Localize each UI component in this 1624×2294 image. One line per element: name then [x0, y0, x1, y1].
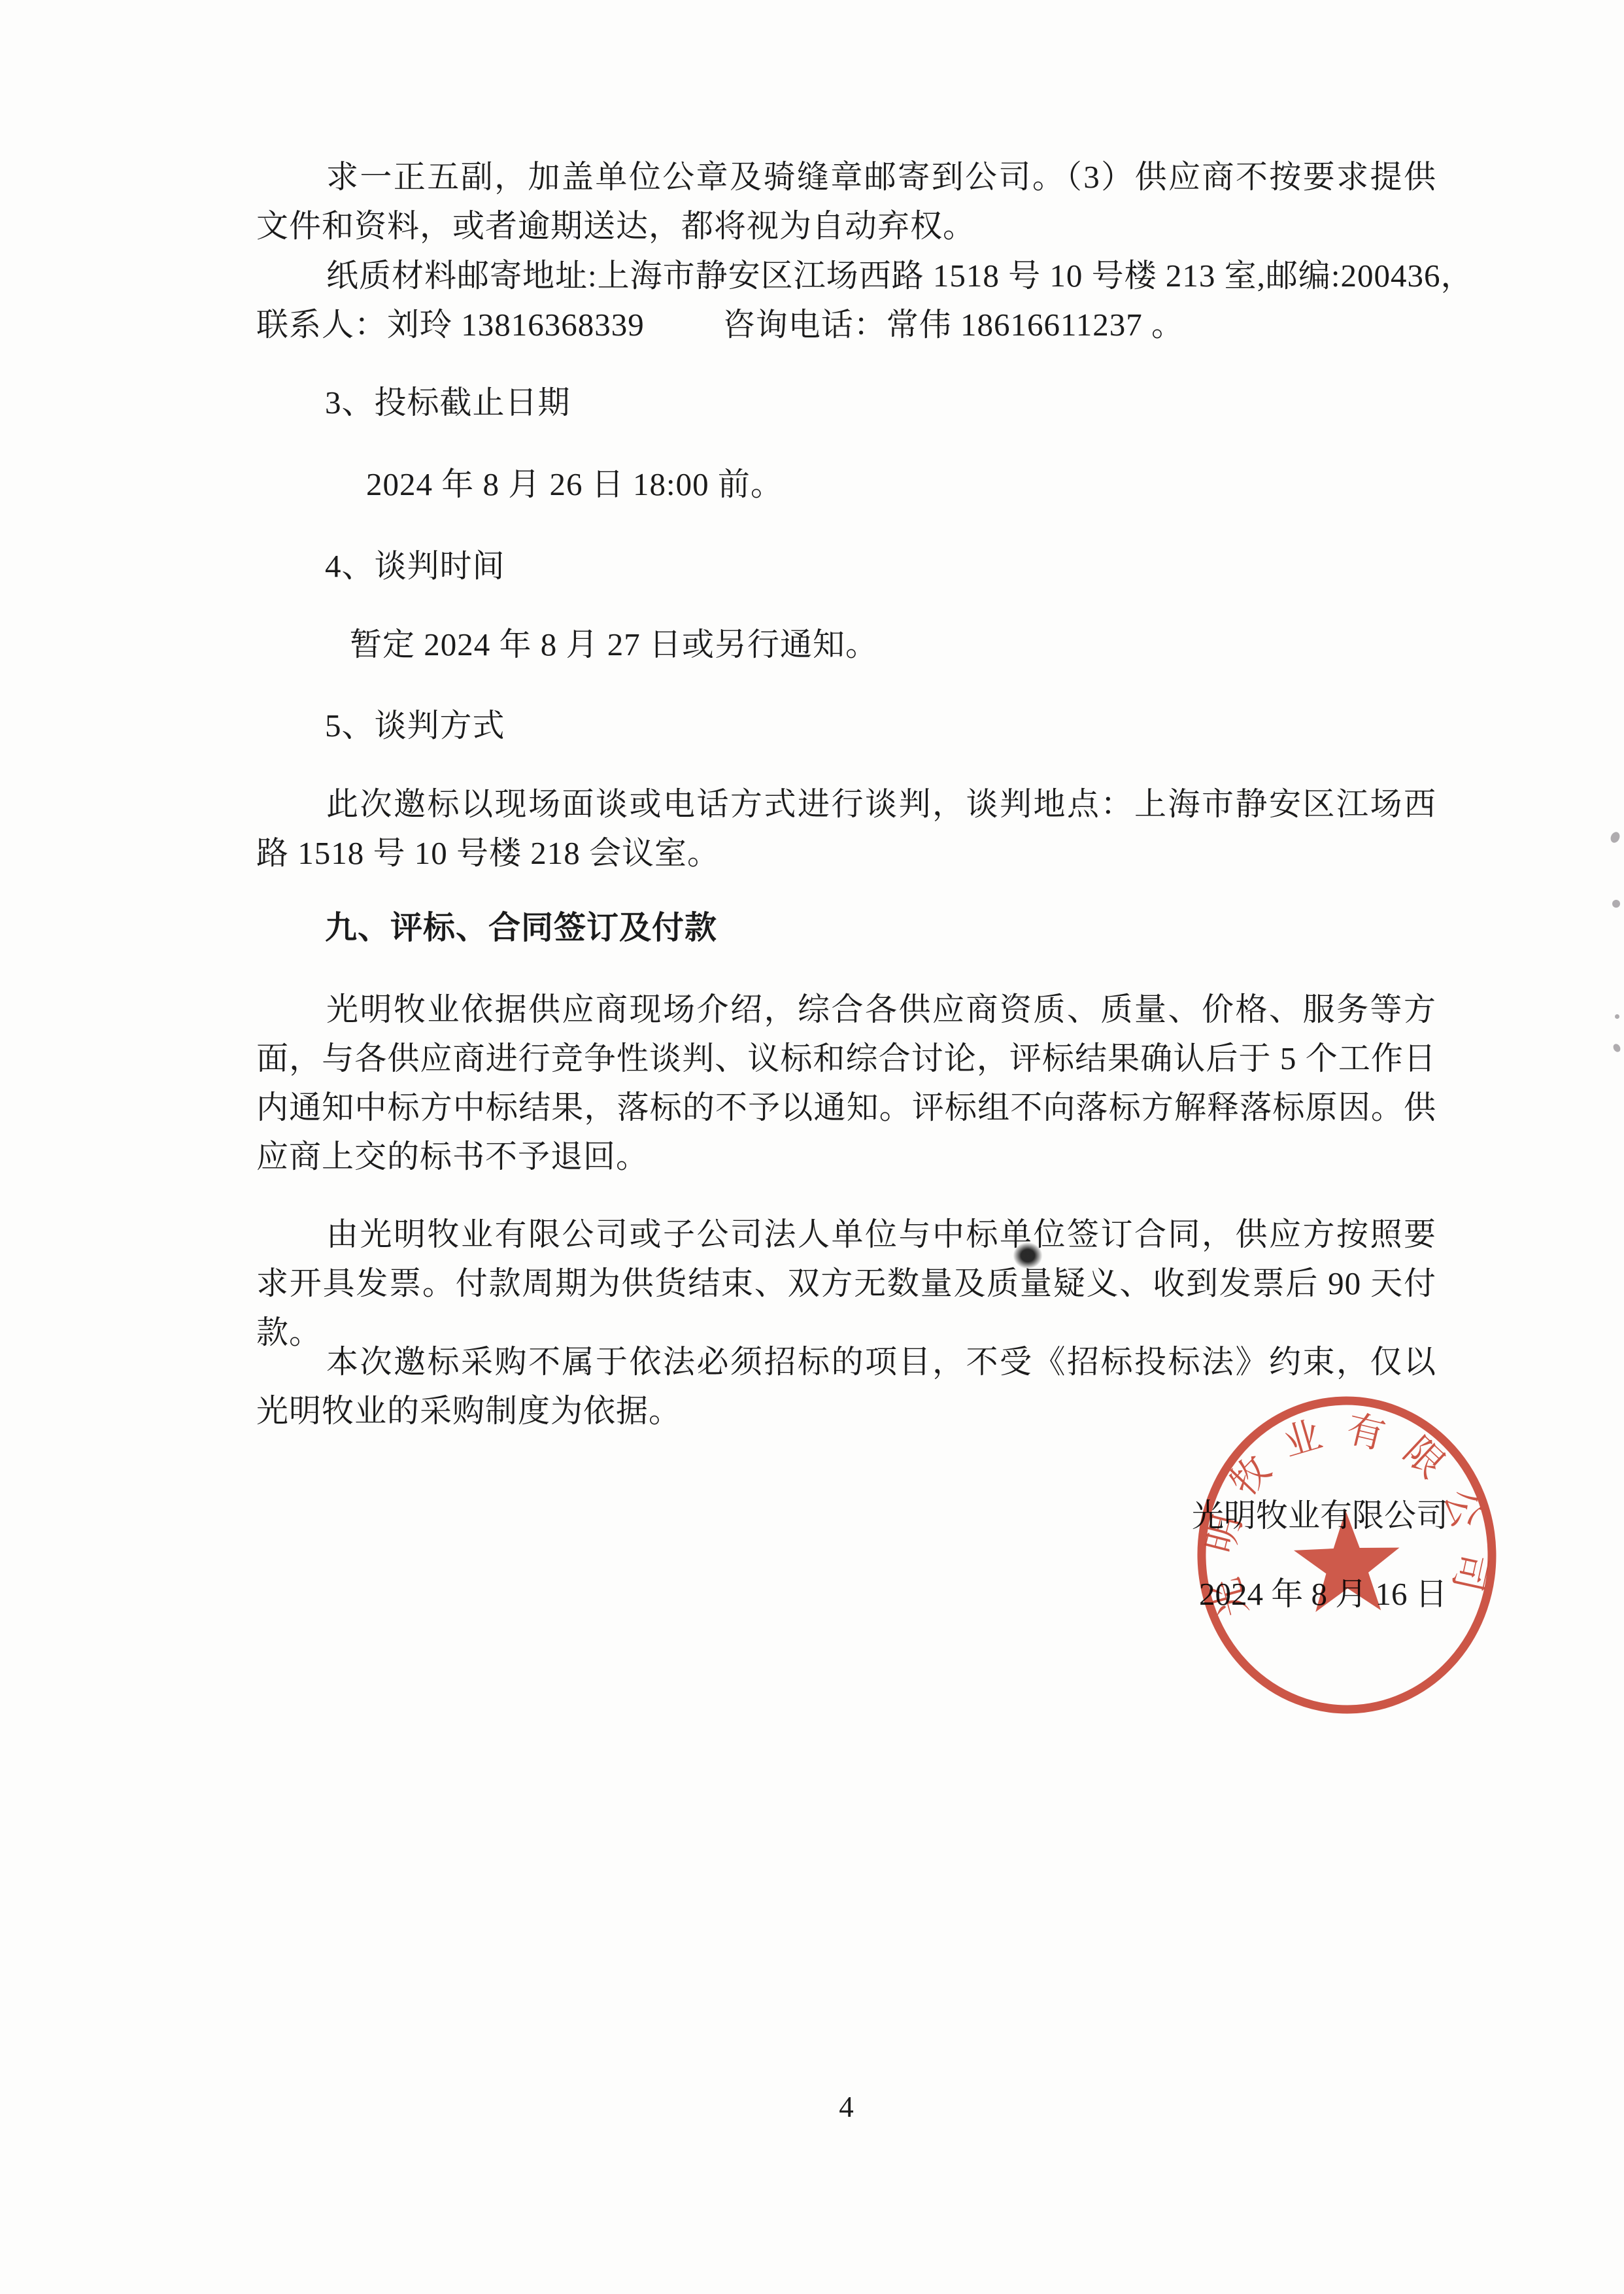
section-body-deadline: 2024 年 8 月 26 日 18:00 前。 — [256, 460, 1546, 509]
contact-person: 联系人：刘玲 13816368339 — [256, 307, 645, 343]
consult-phone: 咨询电话：常伟 18616611237 。 — [723, 307, 1184, 343]
section-body-negotiation-method: 此次邀标以现场面谈或电话方式进行谈判，谈判地点：上海市静安区江场西路 1518 … — [256, 779, 1436, 878]
star-icon — [1293, 1509, 1401, 1613]
scan-speck — [1609, 830, 1621, 844]
company-seal: 光明牧业有限公司 — [1189, 1391, 1505, 1720]
paragraph-contract-payment: 由光明牧业有限公司或子公司法人单位与中标单位签订合同，供应方按照要求开具发票。付… — [256, 1210, 1436, 1357]
section-heading-evaluation-contract-payment: 九、评标、合同签订及付款 — [256, 903, 1505, 952]
contact-line: 联系人：刘玲 13816368339咨询电话：常伟 18616611237 。 — [256, 300, 1436, 349]
paragraph-submission-requirements: 求一正五副，加盖单位公章及骑缝章邮寄到公司。（3）供应商不按要求提供文件和资料，… — [256, 152, 1436, 250]
mailing-address-line: 纸质材料邮寄地址:上海市静安区江场西路 1518 号 10 号楼 213 室,邮… — [256, 251, 1436, 300]
section-body-negotiation-time: 暂定 2024 年 8 月 27 日或另行通知。 — [256, 620, 1530, 669]
section-heading-negotiation-method: 5、谈判方式 — [256, 701, 1505, 750]
scan-speck — [1612, 900, 1620, 908]
section-heading-deadline: 3、投标截止日期 — [256, 378, 1505, 427]
document-page: 求一正五副，加盖单位公章及骑缝章邮寄到公司。（3）供应商不按要求提供文件和资料，… — [0, 0, 1624, 2294]
scan-speck — [1615, 1014, 1619, 1019]
scan-speck — [1612, 1042, 1621, 1053]
paragraph-mailing-info: 纸质材料邮寄地址:上海市静安区江场西路 1518 号 10 号楼 213 室,邮… — [256, 251, 1436, 349]
section-heading-negotiation-time: 4、谈判时间 — [256, 541, 1505, 591]
page-number: 4 — [256, 2090, 1436, 2124]
paragraph-evaluation-process: 光明牧业依据供应商现场介绍，综合各供应商资质、质量、价格、服务等方面，与各供应商… — [256, 985, 1436, 1181]
ink-smudge — [1008, 1238, 1047, 1273]
